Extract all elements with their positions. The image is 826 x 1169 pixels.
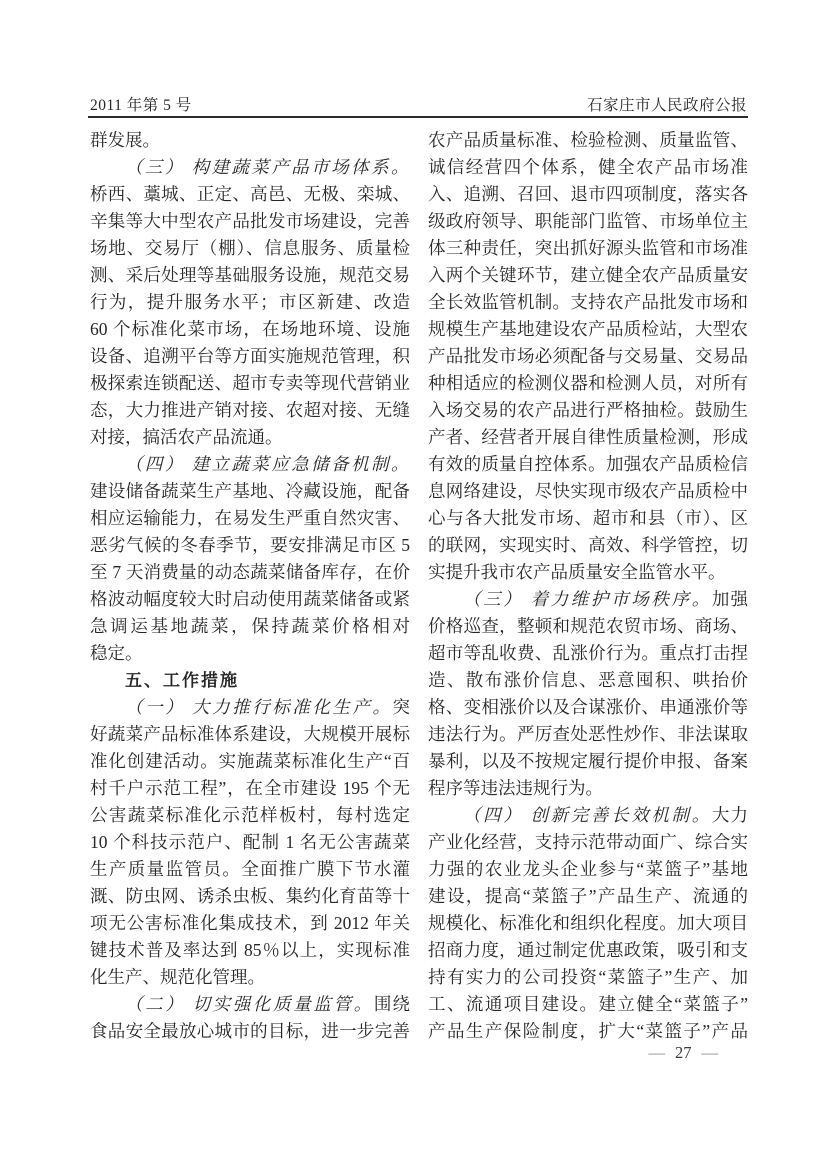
text-line: 食品安全最放心城市的目标，进一步完善	[90, 1018, 410, 1045]
text-line: 至 7 天消费量的动态蔬菜储备库存，在价	[90, 559, 410, 586]
text-line: 好蔬菜产品标准体系建设，大规模开展标	[90, 721, 410, 748]
text-line: 产品批发市场必须配备与交易量、交易品	[428, 343, 748, 370]
paragraph-heading: （二） 切实强化质量监管。	[125, 994, 374, 1014]
page-number-dash-right: —	[702, 1043, 719, 1062]
text-line: 建设储备蔬菜生产基地、冷藏设施，配备	[90, 478, 410, 505]
text-line: （二） 切实强化质量监管。围绕打造	[90, 991, 410, 1018]
page-footer: —27—	[428, 1043, 718, 1063]
text-line: 桥西、藁城、正定、高邑、无极、栾城、	[90, 181, 410, 208]
text-line: 力强的农业龙头企业参与“菜篮子”基地	[428, 856, 748, 883]
text-line: 种相适应的检测仪器和检测人员，对所有	[428, 370, 748, 397]
paragraph-heading: （四） 建立蔬菜应急储备机制。	[125, 454, 410, 474]
text-line: 规模生产基地建设农产品质检站，大型农	[428, 316, 748, 343]
text-line: 准化创建活动。实施蔬菜标准化生产“百	[90, 748, 410, 775]
text-line: 村千户示范工程”，在全市建设 195 个无	[90, 775, 410, 802]
page-number-dash-left: —	[649, 1043, 666, 1062]
header-gazette-title: 石家庄市人民政府公报	[587, 93, 747, 115]
page-number: 27	[665, 1043, 702, 1062]
text-line: 溉、防虫网、诱杀虫板、集约化育苗等十	[90, 883, 410, 910]
text-line: （三） 构建蔬菜产品市场体系。加强	[90, 154, 410, 181]
text-line: 稳定。	[90, 640, 410, 667]
text-line: 的联网，实现实时、高效、科学管控，切	[428, 532, 748, 559]
text-line: 恶劣气候的冬春季节，要安排满足市区 5	[90, 532, 410, 559]
text-line: 态，大力推进产销对接、农超对接、无缝	[90, 397, 410, 424]
text-line: 测、采后处理等基础服务设施，规范交易	[90, 262, 410, 289]
text-line: 入场交易的农产品进行严格抽检。鼓励生	[428, 397, 748, 424]
text-line: 化生产、规范化管理。	[90, 964, 410, 991]
text-line: 产业化经营，支持示范带动面广、综合实	[428, 829, 748, 856]
text-line: （四） 建立蔬菜应急储备机制。规划	[90, 451, 410, 478]
text-line: 辛集等大中型农产品批发市场建设，完善	[90, 208, 410, 235]
paragraph-heading: （三） 着力维护市场秩序。	[463, 589, 712, 609]
gazette-page: 2011 年第 5 号 石家庄市人民政府公报 群发展。 （三） 构建蔬菜产品市场…	[0, 0, 826, 1169]
text-line: 入、追溯、召回、退市四项制度，落实各	[428, 181, 748, 208]
text-line: 全长效监管机制。支持农产品批发市场和	[428, 289, 748, 316]
text-line: （一） 大力推行标准化生产。突出抓	[90, 694, 410, 721]
text-line: 键技术普及率达到 85％以上，实现标准	[90, 937, 410, 964]
text-line: 60 个标准化菜市场，在场地环境、设施	[90, 316, 410, 343]
header-issue-label: 2011 年第 5 号	[90, 93, 192, 115]
text-line: 群发展。	[90, 127, 410, 154]
section-heading-line: 五、工作措施	[90, 667, 410, 694]
text-line: 对接，搞活农产品流通。	[90, 424, 410, 451]
text-line: 设备、追溯平台等方面实施规范管理，积	[90, 343, 410, 370]
text-line: 产品生产保险制度，扩大“菜篮子”产品	[428, 1018, 748, 1045]
text-line: 相应运输能力，在易发生严重自然灾害、	[90, 505, 410, 532]
text-line: 公害蔬菜标准化示范样板村，每村选定	[90, 802, 410, 829]
text-line: 行为，提升服务水平；市区新建、改造	[90, 289, 410, 316]
paragraph-heading: （一） 大力推行标准化生产。	[125, 697, 393, 717]
text-line: （四） 创新完善长效机制。大力发展	[428, 802, 748, 829]
section-heading: 五、工作措施	[125, 671, 239, 690]
text-line: 产者、经营者开展自律性质量检测，形成	[428, 424, 748, 451]
text-line: 心与各大批发市场、超市和县（市）、区	[428, 505, 748, 532]
text-line: 项无公害标准化集成技术，到 2012 年关	[90, 910, 410, 937]
text-line: 工、流通项目建设。建立健全“菜篮子”	[428, 991, 748, 1018]
text-line: 农产品质量标准、检验检测、质量监管、	[428, 127, 748, 154]
text-column-right: 农产品质量标准、检验检测、质量监管、 诚信经营四个体系，健全农产品市场准 入、追…	[428, 127, 748, 1045]
text-line: 违法行为。严厉查处恶性炒作、非法谋取	[428, 721, 748, 748]
text-line: 入两个关键环节，建立健全农产品质量安	[428, 262, 748, 289]
text-line: 建设，提高“菜篮子”产品生产、流通的	[428, 883, 748, 910]
text-line: 超市等乱收费、乱涨价行为。重点打击捏	[428, 640, 748, 667]
paragraph-heading: （三） 构建蔬菜产品市场体系。	[125, 157, 410, 177]
text-line: 诚信经营四个体系，健全农产品市场准	[428, 154, 748, 181]
text-line: 程序等违法违规行为。	[428, 775, 748, 802]
text-line: 体三种责任，突出抓好源头监管和市场准	[428, 235, 748, 262]
text-line: 生产质量监管员。全面推广膜下节水灌	[90, 856, 410, 883]
text-line: 极探索连锁配送、超市专卖等现代营销业	[90, 370, 410, 397]
text-line: 招商力度，通过制定优惠政策，吸引和支	[428, 937, 748, 964]
text-column-left: 群发展。 （三） 构建蔬菜产品市场体系。加强 桥西、藁城、正定、高邑、无极、栾城…	[90, 127, 410, 1045]
text-line: 有效的质量自控体系。加强农产品质检信	[428, 451, 748, 478]
text-line: 格、变相涨价以及合谋涨价、串通涨价等	[428, 694, 748, 721]
text-line: 息网络建设，尽快实现市级农产品质检中	[428, 478, 748, 505]
text-line: 级政府领导、职能部门监管、市场单位主	[428, 208, 748, 235]
text-line: 10 个科技示范户、配制 1 名无公害蔬菜	[90, 829, 410, 856]
text-line: 场地、交易厅（棚）、信息服务、质量检	[90, 235, 410, 262]
text-line: 持有实力的公司投资“菜篮子”生产、加	[428, 964, 748, 991]
text-line: 规模化、标准化和组织化程度。加大项目	[428, 910, 748, 937]
text-line: 格波动幅度较大时启动使用蔬菜储备或紧	[90, 586, 410, 613]
text-line: 暴利，以及不按规定履行提价申报、备案	[428, 748, 748, 775]
text-line: 实提升我市农产品质量安全监管水平。	[428, 559, 748, 586]
text-line: 价格巡查，整顿和规范农贸市场、商场、	[428, 613, 748, 640]
text-line: （三） 着力维护市场秩序。加强市场	[428, 586, 748, 613]
header-rule	[88, 116, 748, 118]
paragraph-heading: （四） 创新完善长效机制。	[463, 805, 712, 825]
text-line: 急调运基地蔬菜，保持蔬菜价格相对	[90, 613, 410, 640]
text-line: 造、散布涨价信息、恶意囤积、哄抬价	[428, 667, 748, 694]
